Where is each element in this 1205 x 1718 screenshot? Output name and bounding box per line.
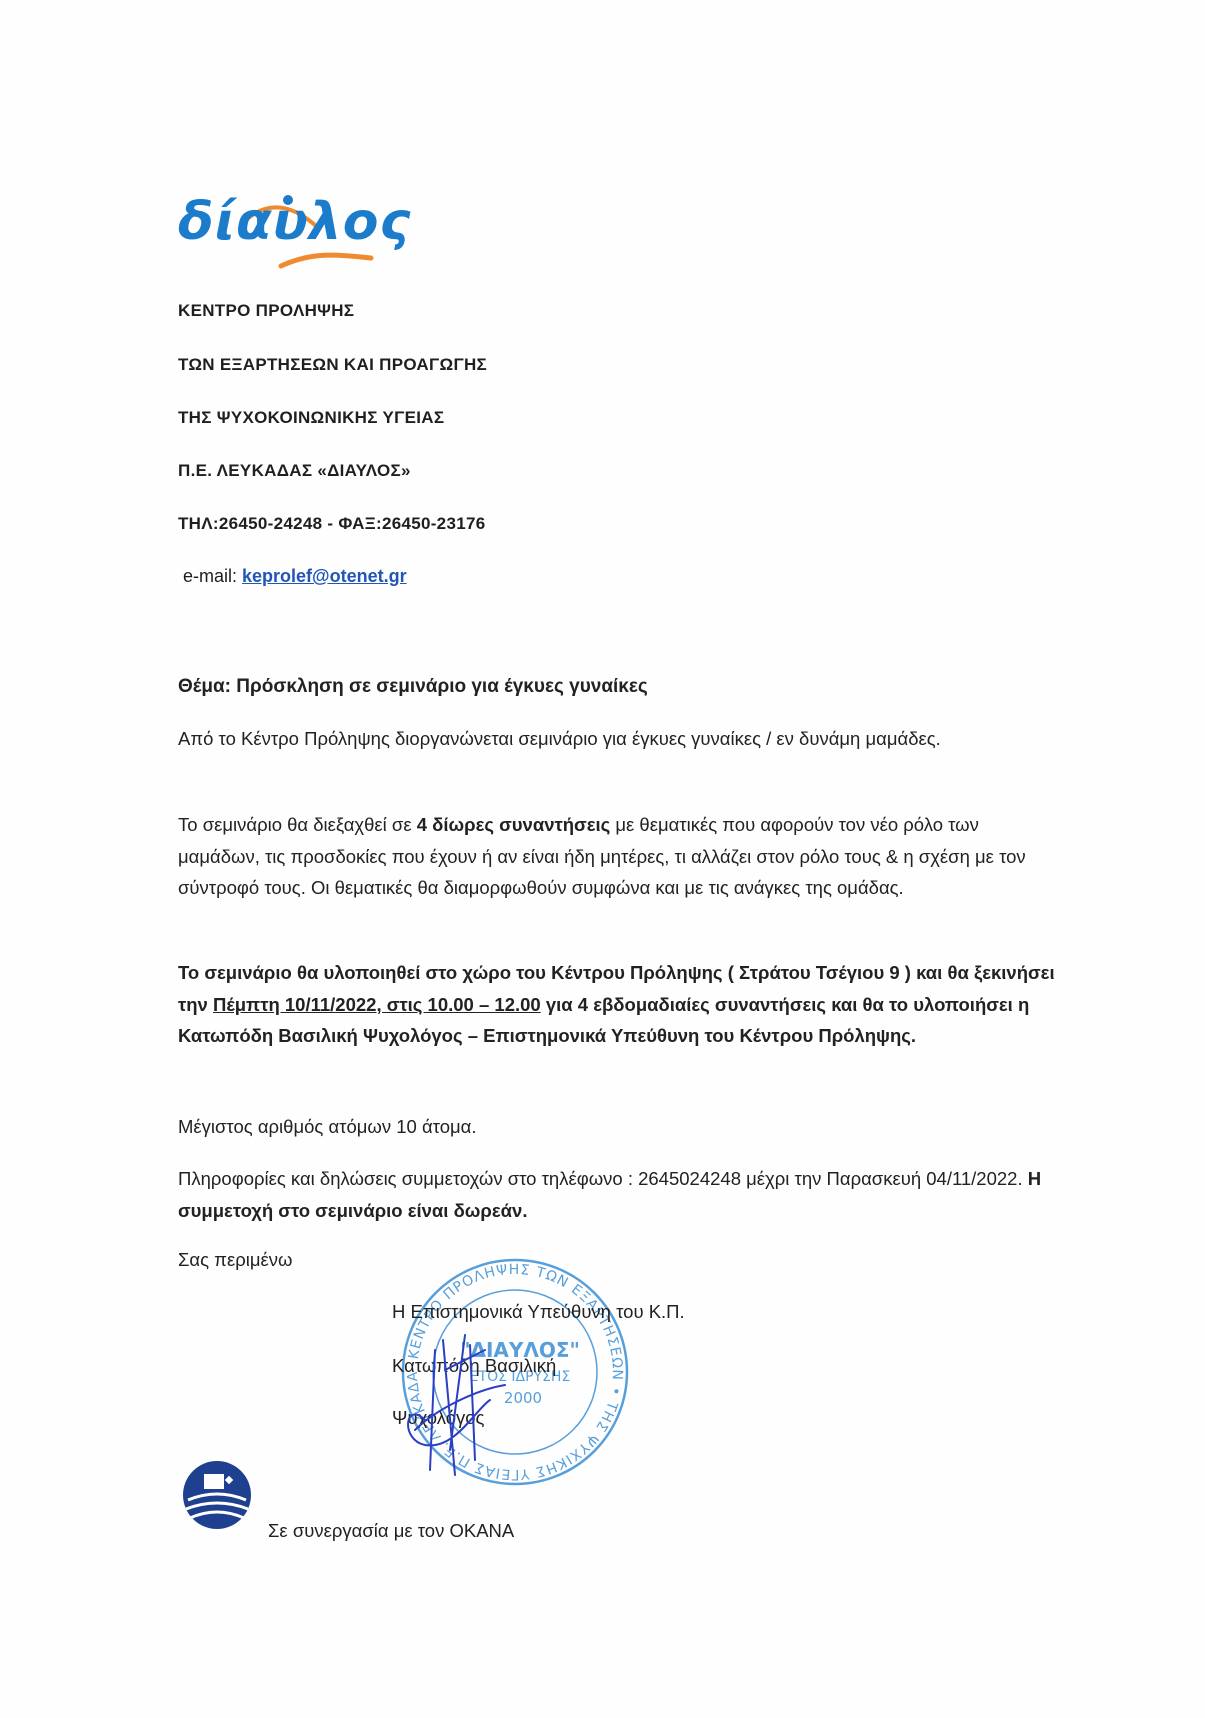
paragraph-max-participants: Μέγιστος αριθμός ατόμων 10 άτομα. xyxy=(178,1111,1058,1143)
p2-text-1: Το σεμινάριο θα διεξαχθεί σε xyxy=(178,814,417,835)
org-name-line-3: ΤΗΣ ΨΥΧΟΚΟΙΝΩΝΙΚΗΣ ΥΓΕΙΑΣ xyxy=(178,408,444,428)
partnership-text: Σε συνεργασία με τον ΟΚΑΝΑ xyxy=(268,1520,514,1542)
email-link[interactable]: keprolef@otenet.gr xyxy=(242,566,407,586)
handwritten-signature-icon xyxy=(395,1330,535,1480)
okana-logo-icon xyxy=(182,1460,252,1530)
org-name-line-2: ΤΩΝ ΕΞΑΡΤΗΣΕΩΝ ΚΑΙ ΠΡΟΑΓΩΓΗΣ xyxy=(178,355,487,375)
paragraph-intro: Από το Κέντρο Πρόληψης διοργανώνεται σεμ… xyxy=(178,723,1058,755)
email-label: e-mail: xyxy=(183,566,242,586)
email-line: e-mail: keprolef@otenet.gr xyxy=(183,566,407,587)
subject-line: Θέμα: Πρόσκληση σε σεμινάριο για έγκυες … xyxy=(178,671,1058,703)
p5-text: Πληροφορίες και δηλώσεις συμμετοχών στο … xyxy=(178,1168,1028,1189)
letter-page: δίαυλος ΚΕΝΤΡΟ ΠΡΟΛΗΨΗΣ ΤΩΝ ΕΞΑΡΤΗΣΕΩΝ Κ… xyxy=(0,0,1205,1718)
paragraph-info: Πληροφορίες και δηλώσεις συμμετοχών στο … xyxy=(178,1163,1058,1226)
diaulos-logo: δίαυλος xyxy=(176,178,376,273)
signature-title: Η Επιστημονικά Υπεύθυνη του Κ.Π. xyxy=(392,1301,685,1323)
p2-bold: 4 δίωρες συναντήσεις xyxy=(417,814,611,835)
logo-wordmark: δίαυλος xyxy=(178,192,411,252)
contact-phone-fax: ΤΗΛ:26450-24248 - ΦΑΞ:26450-23176 xyxy=(178,514,485,534)
paragraph-location-date: Το σεμινάριο θα υλοποιηθεί στο χώρο του … xyxy=(178,957,1058,1052)
p3-date-time: Πέμπτη 10/11/2022, στις 10.00 – 12.00 xyxy=(213,994,541,1015)
org-name-line-1: ΚΕΝΤΡΟ ΠΡΟΛΗΨΗΣ xyxy=(178,301,354,321)
org-name-line-4: Π.Ε. ΛΕΥΚΑΔΑΣ «ΔΙΑΥΛΟΣ» xyxy=(178,461,411,481)
paragraph-sessions: Το σεμινάριο θα διεξαχθεί σε 4 δίωρες συ… xyxy=(178,809,1058,904)
